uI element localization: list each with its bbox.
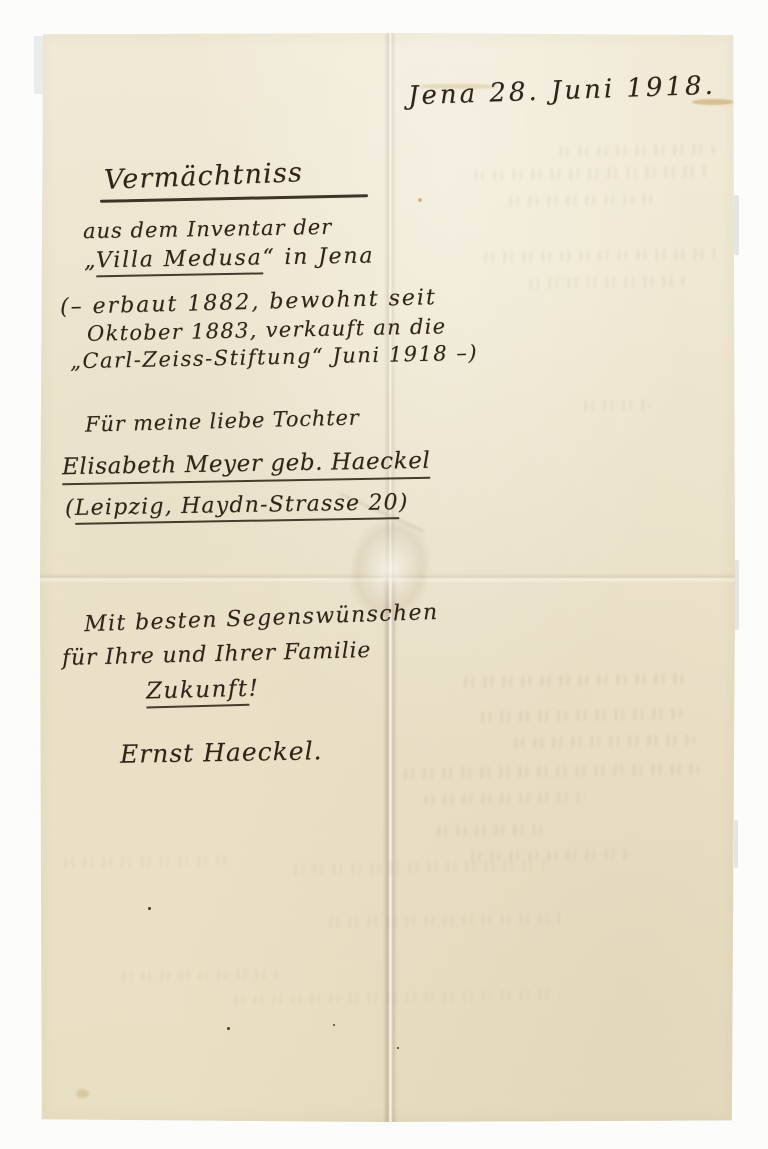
dedication-line: Für meine liebe Tochter — [85, 405, 360, 436]
blessing-emphasis: Zukunft! — [146, 676, 260, 705]
subtitle-line-2: „Villa Medusa“ in Jena — [84, 243, 375, 273]
title-underline — [100, 194, 368, 203]
bleed-through-text — [467, 849, 632, 863]
bleed-through-text — [460, 673, 690, 688]
address-line: (Leipzig, Haydn-Strasse 20) — [65, 490, 409, 521]
bleed-through-text — [480, 248, 720, 263]
bleed-through-text — [580, 399, 650, 411]
document-title: Vermächtniss — [103, 157, 303, 196]
bleed-through-text — [433, 824, 543, 837]
bleed-through-text — [470, 166, 710, 181]
bleed-through-text — [555, 144, 715, 158]
bleed-through-text — [118, 969, 278, 983]
letter-paper: Jena 28. Juni 1918. Vermächtniss aus dem… — [40, 33, 735, 1122]
date-line: Jena 28. Juni 1918. — [408, 72, 717, 113]
signature: Ernst Haeckel. — [120, 737, 323, 769]
subtitle-line-2-rest: “ in Jena — [262, 243, 374, 270]
address-open-paren: ( — [65, 496, 75, 521]
speck — [333, 1024, 335, 1026]
bleed-through-text — [290, 860, 550, 876]
speck — [397, 1047, 399, 1049]
bleed-through-text — [510, 734, 695, 748]
zukunft-underlined: Zukunft — [146, 676, 249, 709]
bleed-through-text — [477, 708, 682, 723]
vertical-fold-crease — [384, 33, 396, 1122]
bleed-through-text — [230, 989, 560, 1006]
bleed-through-text — [420, 792, 585, 806]
blessing-line-2: für Ihre und Ihrer Familie — [62, 638, 372, 671]
stain — [76, 1089, 89, 1098]
address-close-paren: ) — [399, 490, 409, 515]
recipient-name: Elisabeth Meyer geb. Haeckel — [62, 448, 431, 486]
bleed-through-text — [325, 913, 565, 928]
bleed-through-text — [505, 194, 655, 208]
stain — [418, 198, 422, 202]
address-underlined: Leipzig, Haydn-Strasse 20 — [75, 490, 399, 525]
parenthetical-line-2: Oktober 1883, verkauft an die — [87, 314, 447, 346]
zukunft-exclamation: ! — [248, 676, 259, 702]
speck — [148, 907, 151, 910]
open-quote: „ — [84, 248, 96, 273]
horizontal-fold-crease — [40, 573, 735, 583]
second-sheet-edge — [734, 820, 738, 868]
bleed-through-text — [525, 276, 685, 290]
bleed-through-text — [60, 855, 230, 869]
villa-medusa-underlined: Villa Medusa — [96, 245, 263, 277]
bleed-through-text — [400, 763, 700, 779]
vertical-fold-crease-lower — [382, 578, 398, 1122]
blessing-line-1: Mit besten Segenswünschen — [84, 600, 439, 638]
speck — [227, 1027, 230, 1030]
parenthetical-line-3: „Carl-Zeiss-Stiftung“ Juni 1918 –) — [70, 341, 478, 374]
subtitle-line-1: aus dem Inventar der — [83, 215, 333, 243]
photo-stage: Jena 28. Juni 1918. Vermächtniss aus dem… — [0, 0, 768, 1149]
second-sheet-edge — [734, 195, 739, 255]
